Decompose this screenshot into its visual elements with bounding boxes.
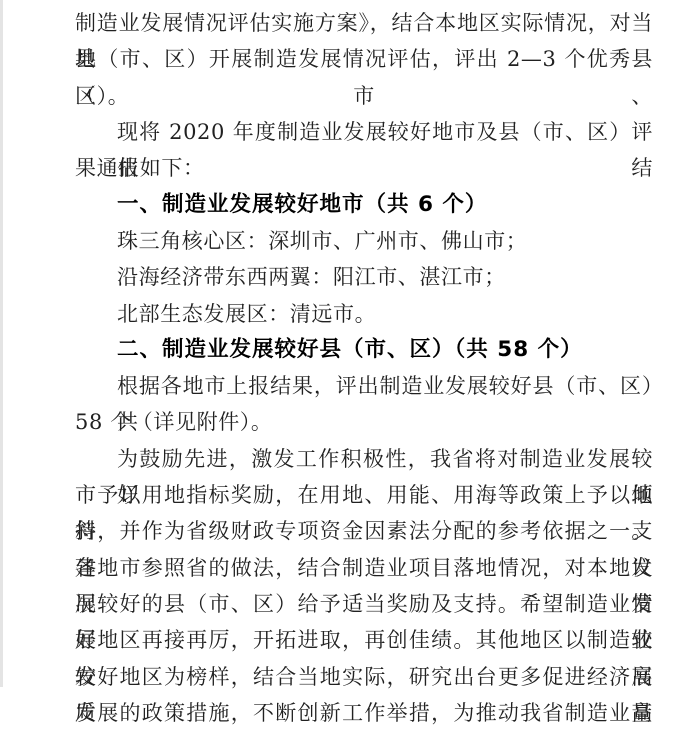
page: 制造业发展情况评估实施方案》，结合本地区实际情况，对当地县（市、区）开展制造发展… [0, 0, 673, 737]
text-line: 发展的政策措施，不断创新工作举措，为推动我省制造业高质量 [75, 695, 653, 731]
document-lines: 制造业发展情况评估实施方案》，结合本地区实际情况，对当地县（市、区）开展制造发展… [75, 5, 653, 731]
text-line: 较好地区为榜样，结合当地实际，研究出台更多促进经济高质量 [75, 659, 653, 695]
text-line: 制造业发展情况评估实施方案》，结合本地区实际情况，对当地 [75, 5, 653, 41]
text-line: 市予以用地指标奖励，在用地、用能、用海等政策上予以倾斜支 [75, 477, 653, 513]
text-line: 县（市、区）开展制造发展情况评估，评出 2—3 个优秀县（市、 [75, 41, 653, 77]
text-line: 各地市参照省的做法，结合制造业项目落地情况，对本地发展情 [75, 550, 653, 586]
heading-line: 一、制造业发展较好地市（共 6 个） [75, 187, 653, 223]
heading-line: 二、制造业发展较好县（市、区）（共 58 个） [75, 332, 653, 368]
text-line: 况较好的县（市、区）给予适当奖励及支持。希望制造业发展较 [75, 586, 653, 622]
text-line: 北部生态发展区：清远市。 [75, 296, 653, 332]
text-line: 沿海经济带东西两翼：阳江市、湛江市； [75, 259, 653, 295]
text-line: 为鼓励先进，激发工作积极性，我省将对制造业发展较好地 [75, 441, 653, 477]
text-line: 现将 2020 年度制造业发展较好地市及县（市、区）评估结 [75, 114, 653, 150]
text-line: 珠三角核心区：深圳市、广州市、佛山市； [75, 223, 653, 259]
text-line: 好地区再接再厉，开拓进取，再创佳绩。其他地区以制造业发展 [75, 622, 653, 658]
text-line: 58 个（详见附件）。 [75, 404, 653, 440]
text-line: 根据各地市上报结果，评出制造业发展较好县（市、区）共 [75, 368, 653, 404]
text-line: 持，并作为省级财政专项资金因素法分配的参考依据之一。建议 [75, 513, 653, 549]
page-edge-line [0, 0, 3, 687]
